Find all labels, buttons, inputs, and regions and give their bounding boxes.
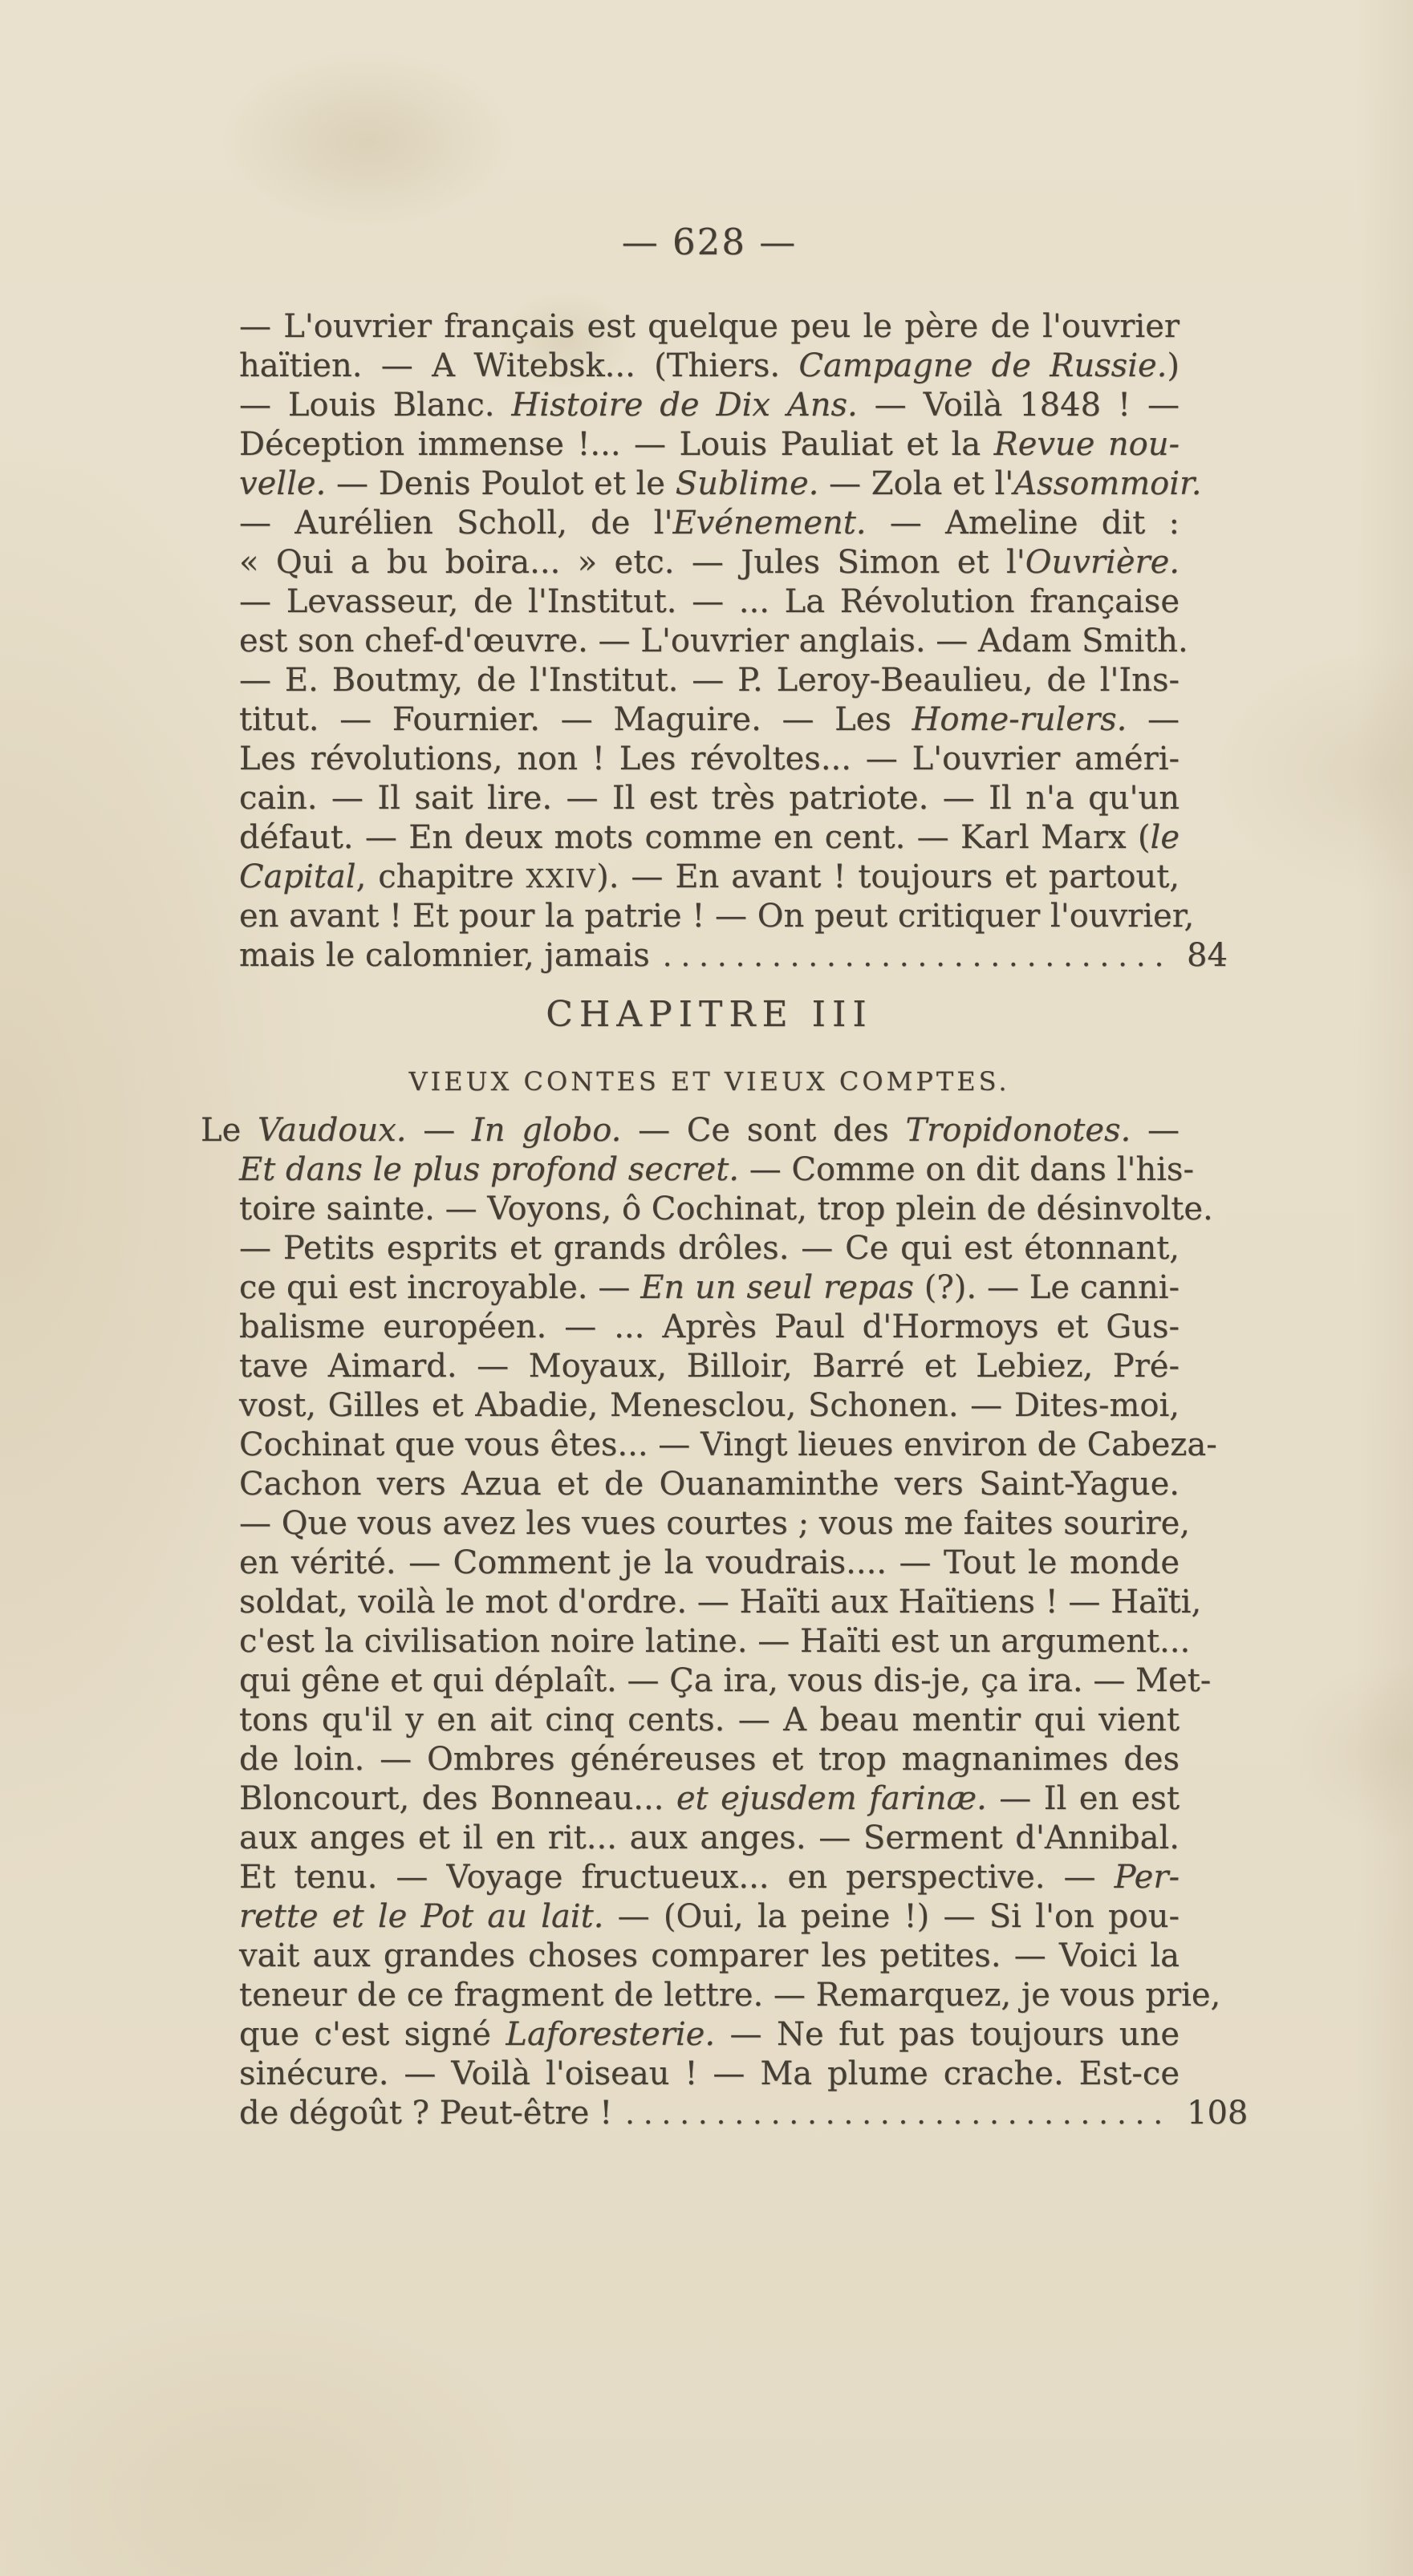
text-segment: Le xyxy=(201,1112,258,1149)
text-line: — Aurélien Scholl, de l'Evénement. — Ame… xyxy=(239,504,1180,543)
text-line: « Qui a bu boira... » etc. — Jules Simon… xyxy=(239,543,1180,582)
text-segment: c'est la civilisation noire latine. — Ha… xyxy=(239,1623,1190,1660)
dot-leader: ........................................… xyxy=(663,936,1163,976)
text-line: — Louis Blanc. Histoire de Dix Ans. — Vo… xyxy=(239,386,1180,425)
text-segment: mais le calomnier, jamais xyxy=(239,937,650,974)
chapter-subtitle: VIEUX CONTES ET VIEUX COMPTES. xyxy=(239,1064,1180,1099)
text-segment: In globo. xyxy=(472,1112,621,1149)
text-segment: — Voilà 1848 ! — xyxy=(858,387,1180,424)
dot-leader: ........................................… xyxy=(625,2094,1163,2133)
text-line: est son chef-d'œuvre. — L'ouvrier anglai… xyxy=(239,622,1180,661)
text-segment: — xyxy=(1127,701,1180,738)
text-segment: haïtien. — A Witebsk... (Thiers. xyxy=(239,347,798,384)
text-segment: cain. — Il sait lire. — Il est très patr… xyxy=(239,780,1180,817)
text-segment: Déception immense !... — Louis Pauliat e… xyxy=(239,426,994,463)
text-segment: toire sainte. — Voyons, ô Cochinat, trop… xyxy=(239,1191,1213,1227)
text-segment: — xyxy=(1131,1112,1180,1149)
text-line: velle. — Denis Poulot et le Sublime. — Z… xyxy=(239,464,1180,504)
text-segment: ). — En avant ! toujours et partout, xyxy=(596,858,1180,895)
text-line: Les révolutions, non ! Les révoltes... —… xyxy=(239,740,1180,779)
text-line: Déception immense !... — Louis Pauliat e… xyxy=(239,425,1180,464)
text-segment: vait aux grandes choses comparer les pet… xyxy=(239,1937,1180,1974)
text-line: soldat, voilà le mot d'ordre. — Haïti au… xyxy=(239,1583,1180,1622)
text-line: tons qu'il y en ait cinq cents. — A beau… xyxy=(239,1701,1180,1740)
text-segment: tons qu'il y en ait cinq cents. — A beau… xyxy=(239,1702,1180,1738)
text-segment: — Ameline dit : xyxy=(867,505,1180,542)
text-segment: — Il en est xyxy=(987,1780,1180,1817)
text-line: Et tenu. — Voyage fructueux... en perspe… xyxy=(239,1858,1180,1897)
text-segment: qui gêne et qui déplaît. — Ça ira, vous … xyxy=(239,1662,1211,1699)
text-segment: — L'ouvrier français est quelque peu le … xyxy=(239,308,1180,345)
text-segment: — Ne fut pas toujours une xyxy=(715,2016,1180,2053)
text-segment: — Denis Poulot et le xyxy=(326,465,675,502)
text-segment: titut. — Fournier. — Maguire. — Les xyxy=(239,701,912,738)
text-segment: — E. Boutmy, de l'Institut. — P. Leroy-B… xyxy=(239,662,1180,699)
text-segment: Laforesterie. xyxy=(506,2016,715,2053)
text-segment: ) xyxy=(1167,347,1180,384)
text-line: — Que vous avez les vues courtes ; vous … xyxy=(239,1504,1180,1544)
text-segment: velle. xyxy=(239,465,326,502)
text-segment: Cochinat que vous êtes... — Vingt lieues… xyxy=(239,1426,1217,1463)
text-line: mais le calomnier, jamais...............… xyxy=(239,936,1264,976)
text-segment: Assommoir. xyxy=(1013,465,1201,502)
text-segment: Histoire de Dix Ans. xyxy=(511,387,857,424)
text-line: Capital, chapitre XXIV). — En avant ! to… xyxy=(239,858,1180,897)
text-line: — Levasseur, de l'Institut. — ... La Rév… xyxy=(239,582,1180,622)
text-segment: aux anges et il en rit... aux anges. — S… xyxy=(239,1819,1180,1856)
text-segment: (?). — Le canni- xyxy=(914,1269,1180,1306)
text-segment: en vérité. — Comment je la voudrais.... … xyxy=(239,1544,1180,1581)
text-line: aux anges et il en rit... aux anges. — S… xyxy=(239,1819,1180,1858)
text-segment: rette et le Pot au lait. xyxy=(239,1898,603,1935)
text-segment: — Levasseur, de l'Institut. — ... La Rév… xyxy=(239,583,1180,620)
text-segment: balisme européen. — ... Après Paul d'Hor… xyxy=(239,1308,1180,1345)
text-line: vost, Gilles et Abadie, Menesclou, Schon… xyxy=(239,1386,1180,1426)
scanned-book-page: — 628 — — L'ouvrier français est quelque… xyxy=(0,0,1413,2576)
text-line: rette et le Pot au lait. — (Oui, la pein… xyxy=(239,1897,1180,1937)
text-line: défaut. — En deux mots comme en cent. — … xyxy=(239,818,1180,858)
text-segment: et ejusdem farinæ. xyxy=(676,1780,987,1817)
text-line: Cachon vers Azua et de Ouanaminthe vers … xyxy=(239,1465,1180,1504)
text-segment: que c'est signé xyxy=(239,2016,506,2053)
text-segment: ce qui est incroyable. — xyxy=(239,1269,640,1306)
text-segment: vost, Gilles et Abadie, Menesclou, Schon… xyxy=(239,1387,1180,1424)
text-segment: — xyxy=(407,1112,472,1149)
text-segment: Bloncourt, des Bonneau... xyxy=(239,1780,676,1817)
text-line: que c'est signé Laforesterie. — Ne fut p… xyxy=(239,2015,1180,2055)
text-segment: Revue nou- xyxy=(994,426,1180,463)
text-segment: — Petits esprits et grands drôles. — Ce … xyxy=(239,1230,1180,1267)
text-segment: — Zola et l' xyxy=(818,465,1013,502)
page-number-header: — 628 — xyxy=(239,218,1180,266)
text-line: de loin. — Ombres généreuses et trop mag… xyxy=(239,1740,1180,1779)
text-line: en vérité. — Comment je la voudrais.... … xyxy=(239,1544,1180,1583)
text-segment: — Que vous avez les vues courtes ; vous … xyxy=(239,1505,1190,1542)
text-line: — E. Boutmy, de l'Institut. — P. Leroy-B… xyxy=(239,661,1180,700)
text-segment: Ouvrière. xyxy=(1025,544,1180,581)
text-segment: , chapitre xyxy=(356,858,526,895)
chapter-title: CHAPITRE III xyxy=(239,993,1180,1036)
text-line: Et dans le plus profond secret. — Comme … xyxy=(239,1150,1180,1190)
text-segment: Et dans le plus profond secret. xyxy=(239,1151,739,1188)
page-ref: 108 xyxy=(1163,2094,1264,2133)
text-segment: En un seul repas xyxy=(640,1269,914,1306)
text-line: Cochinat que vous êtes... — Vingt lieues… xyxy=(239,1426,1180,1465)
text-segment: Tropidonotes. xyxy=(905,1112,1131,1149)
text-line: — Petits esprits et grands drôles. — Ce … xyxy=(239,1229,1180,1268)
text-segment: de dégoût ? Peut-être ! xyxy=(239,2095,612,2132)
text-segment: est son chef-d'œuvre. — L'ouvrier anglai… xyxy=(239,623,1188,659)
text-segment: Capital xyxy=(239,858,356,895)
text-segment: le xyxy=(1151,819,1180,856)
text-line: haïtien. — A Witebsk... (Thiers. Campagn… xyxy=(239,347,1180,386)
text-segment: Evénement. xyxy=(672,505,866,542)
text-line: cain. — Il sait lire. — Il est très patr… xyxy=(239,779,1180,818)
text-line: en avant ! Et pour la patrie ! — On peut… xyxy=(239,897,1180,936)
text-segment: — Aurélien Scholl, de l' xyxy=(239,505,672,542)
text-line: sinécure. — Voilà l'oiseau ! — Ma plume … xyxy=(239,2055,1180,2094)
text-line: ce qui est incroyable. — En un seul repa… xyxy=(239,1268,1180,1308)
text-line: toire sainte. — Voyons, ô Cochinat, trop… xyxy=(239,1190,1180,1229)
text-segment: — Louis Blanc. xyxy=(239,387,511,424)
text-segment: Vaudoux. xyxy=(258,1112,407,1149)
page-ref: 84 xyxy=(1163,936,1264,976)
text-line: teneur de ce fragment de lettre. — Remar… xyxy=(239,1976,1180,2015)
text-segment: en avant ! Et pour la patrie ! — On peut… xyxy=(239,898,1194,935)
leader-line-text: de dégoût ? Peut-être ! xyxy=(239,2094,612,2133)
text-segment: — Comme on dit dans l'his- xyxy=(739,1151,1194,1188)
text-line: c'est la civilisation noire latine. — Ha… xyxy=(239,1622,1180,1661)
text-line: tave Aimard. — Moyaux, Billoir, Barré et… xyxy=(239,1347,1180,1386)
text-line: balisme européen. — ... Après Paul d'Hor… xyxy=(239,1308,1180,1347)
text-segment: « Qui a bu boira... » etc. — Jules Simon… xyxy=(239,544,1025,581)
text-segment: sinécure. — Voilà l'oiseau ! — Ma plume … xyxy=(239,2055,1180,2092)
text-line: de dégoût ? Peut-être !.................… xyxy=(239,2094,1264,2133)
text-segment: Home-rulers. xyxy=(912,701,1127,738)
text-segment: tave Aimard. — Moyaux, Billoir, Barré et… xyxy=(239,1348,1180,1385)
text-segment: de loin. — Ombres généreuses et trop mag… xyxy=(239,1741,1180,1778)
text-segment: XXIV xyxy=(526,863,596,894)
text-segment: Campagne de Russie. xyxy=(798,347,1167,384)
text-segment: défaut. — En deux mots comme en cent. — … xyxy=(239,819,1151,856)
text-line: qui gêne et qui déplaît. — Ça ira, vous … xyxy=(239,1661,1180,1701)
text-line: titut. — Fournier. — Maguire. — Les Home… xyxy=(239,700,1180,740)
toc-entry-paragraph: — L'ouvrier français est quelque peu le … xyxy=(239,307,1180,976)
text-line: Le Vaudoux. — In globo. — Ce sont des Tr… xyxy=(201,1111,1180,1150)
text-line: Bloncourt, des Bonneau... et ejusdem far… xyxy=(239,1779,1180,1819)
text-segment: soldat, voilà le mot d'ordre. — Haïti au… xyxy=(239,1584,1201,1621)
text-segment: teneur de ce fragment de lettre. — Remar… xyxy=(239,1977,1220,2014)
text-segment: Et tenu. — Voyage fructueux... en perspe… xyxy=(239,1859,1115,1896)
toc-entry-paragraph: Le Vaudoux. — In globo. — Ce sont des Tr… xyxy=(239,1111,1180,2133)
leader-line-text: mais le calomnier, jamais xyxy=(239,936,650,976)
text-line: — L'ouvrier français est quelque peu le … xyxy=(239,307,1180,347)
text-segment: Per- xyxy=(1115,1859,1180,1896)
text-segment: Les révolutions, non ! Les révoltes... —… xyxy=(239,740,1180,777)
text-segment: — (Oui, la peine !) — Si l'on pou- xyxy=(603,1898,1180,1935)
text-segment: Sublime. xyxy=(676,465,819,502)
text-line: vait aux grandes choses comparer les pet… xyxy=(239,1937,1180,1976)
text-segment: Cachon vers Azua et de Ouanaminthe vers … xyxy=(239,1466,1180,1503)
text-segment: — Ce sont des xyxy=(621,1112,905,1149)
